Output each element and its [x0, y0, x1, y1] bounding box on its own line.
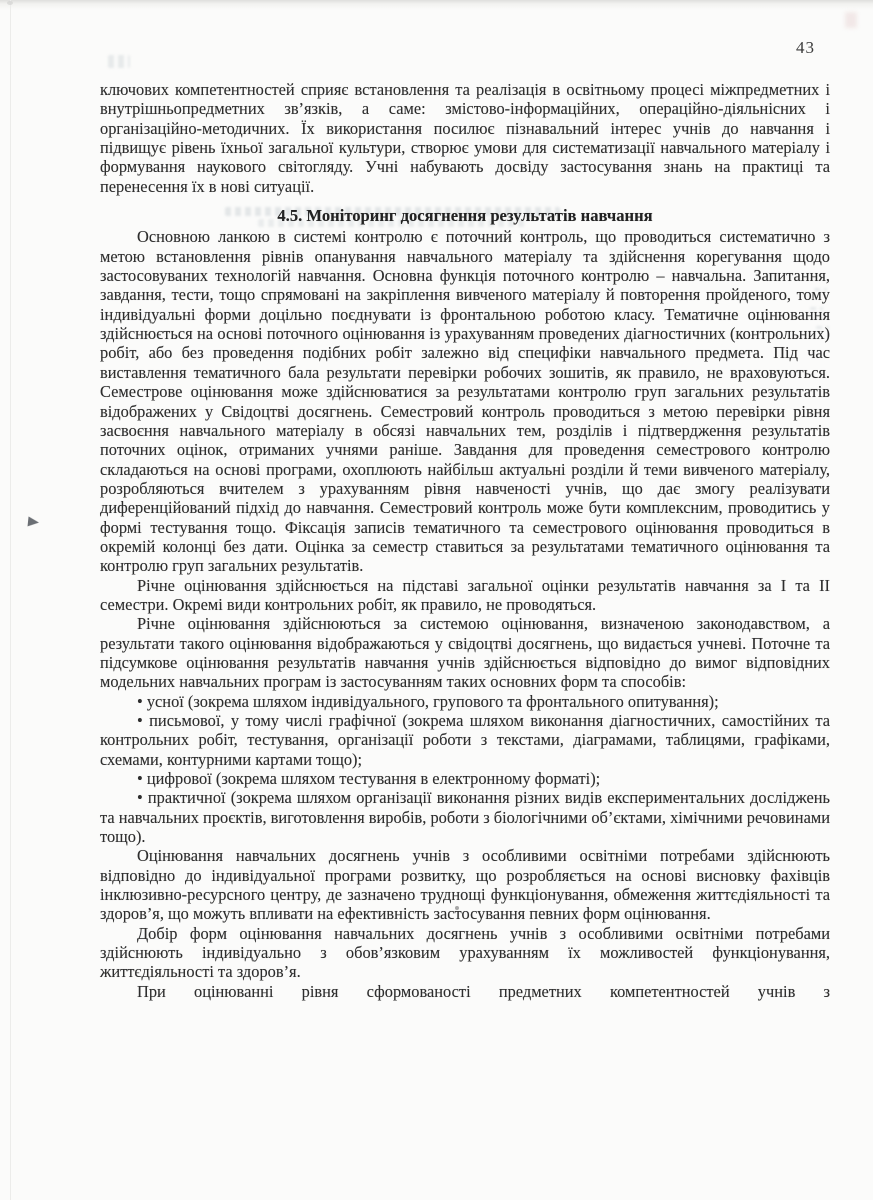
document-body: ключових компетентностей сприяє встановл…: [100, 80, 830, 1001]
body-paragraph: Оцінювання навчальних досягнень учнів з …: [100, 846, 830, 923]
body-paragraph-continues-next-page: При оцінюванні рівня сформованості предм…: [100, 982, 830, 1001]
bullet-item: • усної (зокрема шляхом індивідуального,…: [100, 692, 830, 711]
bullet-item: • письмової, у тому числі графічної (зок…: [100, 711, 830, 769]
body-paragraph: Основною ланкою в системі контролю є пот…: [100, 227, 830, 575]
bullet-item: • практичної (зокрема шляхом організації…: [100, 788, 830, 846]
pen-arrow-mark: [28, 516, 40, 527]
page-number: 43: [796, 38, 815, 58]
bleedthrough-pagenum-ghost: [108, 55, 130, 68]
scanned-document-page: 43 ключових компетентностей сприяє встан…: [0, 0, 873, 1200]
bullet-item: • цифрової (зокрема шляхом тестування в …: [100, 769, 830, 788]
scan-edge-line: [10, 0, 11, 1200]
intro-paragraph: ключових компетентностей сприяє встановл…: [100, 80, 830, 196]
scan-speck: [7, 1, 13, 5]
body-paragraph: Річне оцінювання здійснюється на підстав…: [100, 576, 830, 615]
scan-smudge: [845, 12, 857, 28]
body-paragraph: Добір форм оцінювання навчальних досягне…: [100, 924, 830, 982]
section-heading: 4.5. Моніторинг досягнення результатів н…: [100, 206, 830, 225]
body-paragraph: Річне оцінювання здійснюються за системо…: [100, 614, 830, 691]
